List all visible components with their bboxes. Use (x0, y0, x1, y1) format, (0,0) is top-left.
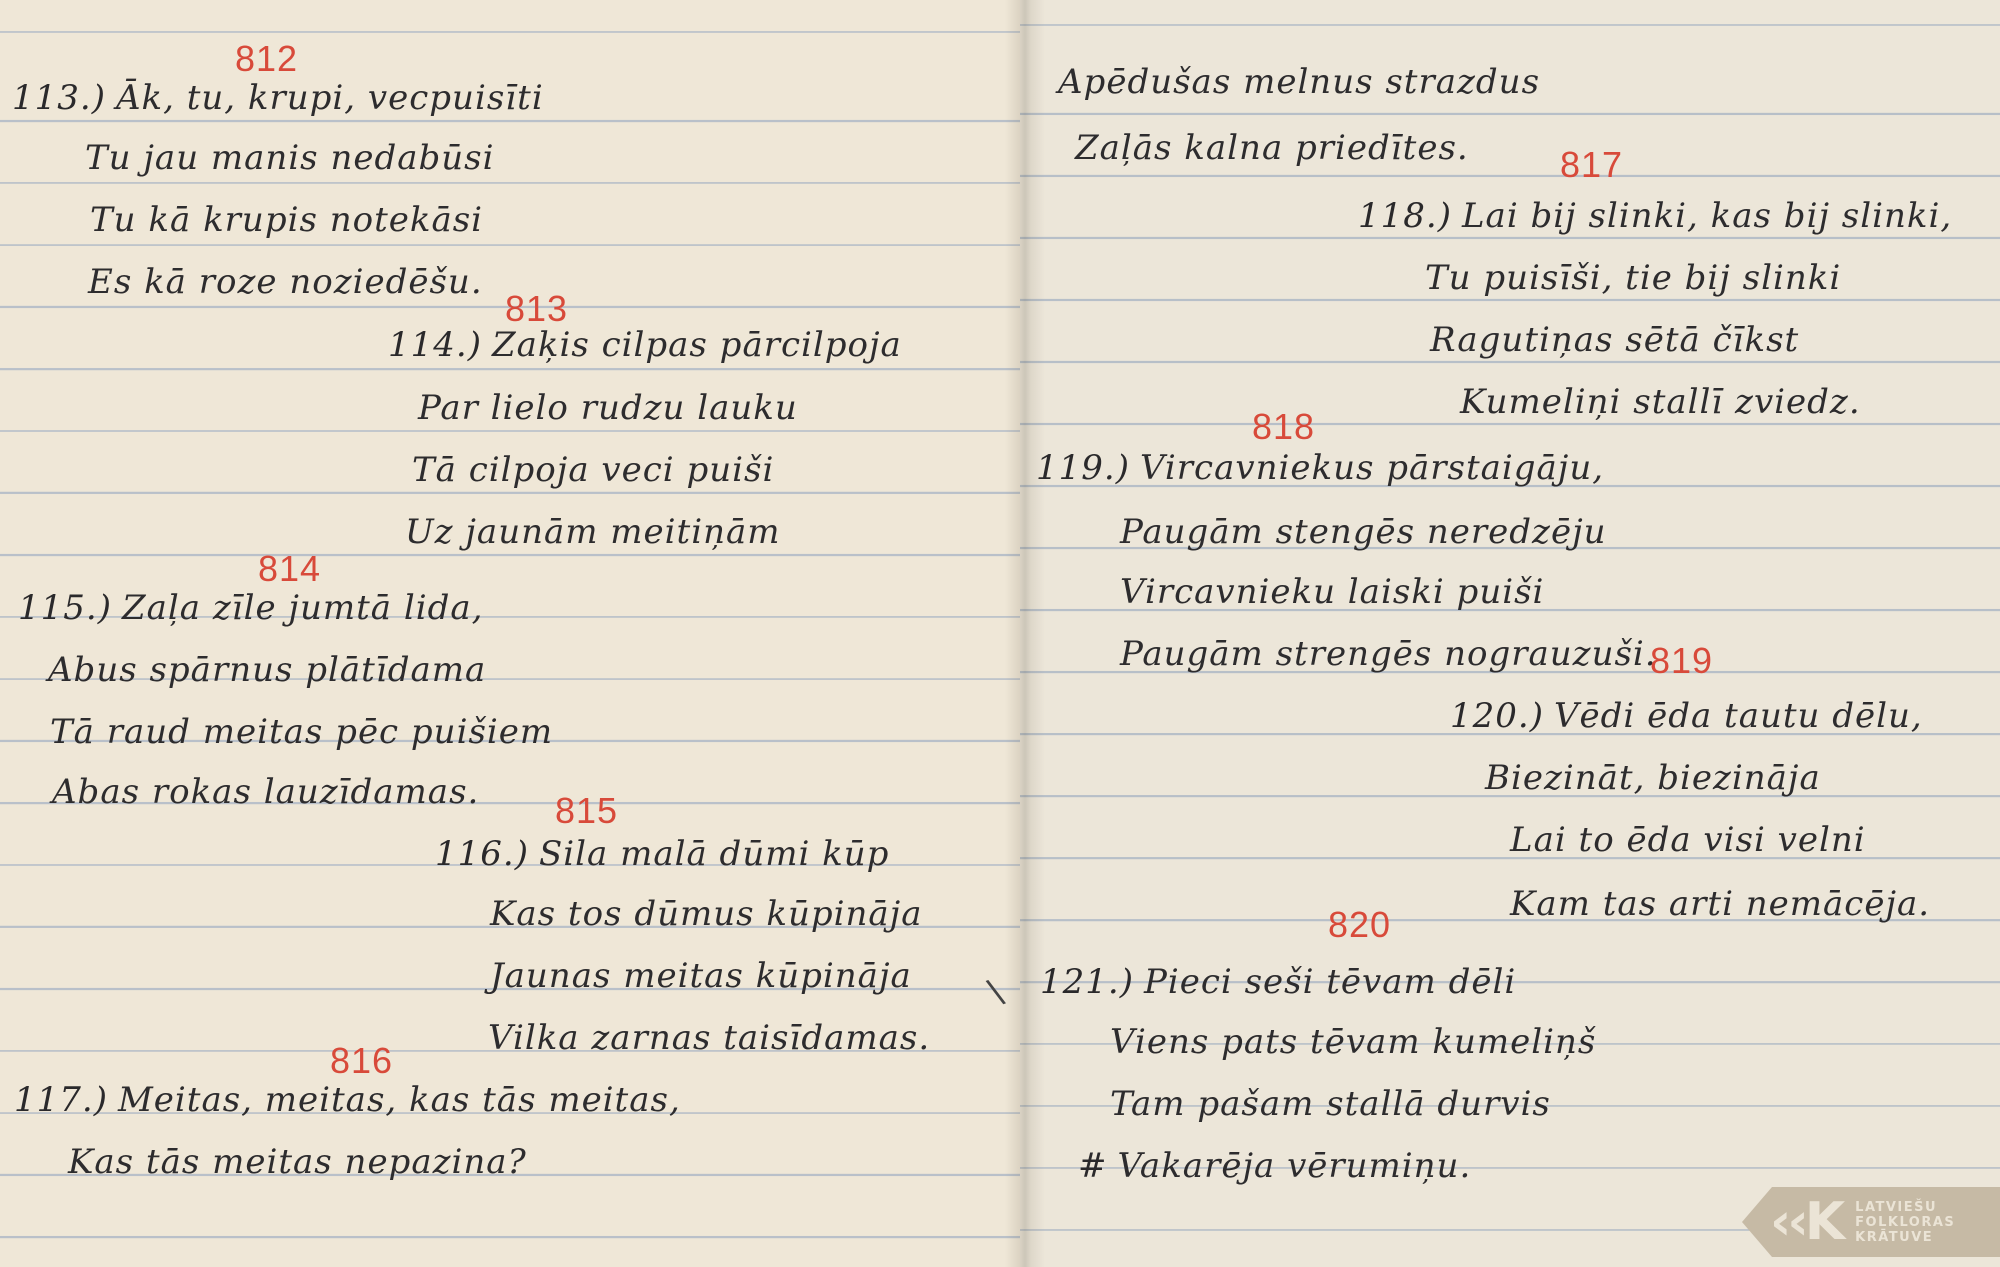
verse-line: Viens pats tēvam kumeliņš (1110, 1022, 1596, 1062)
verse-number: 116.) (435, 834, 529, 874)
verse-line: Par lielo rudzu lauku (418, 388, 798, 428)
continuation-line: Zaļās kalna priedītes. (1075, 128, 1469, 168)
verse-line: 115.)Zaļa zīle jumtā lida, (18, 588, 483, 628)
verse-line: 121.)Pieci seši tēvam dēli (1040, 962, 1516, 1002)
verse-line: 119.)Vircavniekus pārstaigāju, (1036, 448, 1604, 488)
catalog-number: 814 (258, 548, 321, 590)
verse-number: 120.) (1450, 696, 1544, 736)
verse-line: Paugām stengēs neredzēju (1120, 512, 1607, 552)
catalog-number: 820 (1328, 904, 1391, 946)
verse-number: 119.) (1036, 448, 1130, 488)
verse-number: 118.) (1358, 196, 1452, 236)
verse-line: Abus spārnus plātīdama (48, 650, 486, 690)
archive-logo: ‹‹K LATVIEŠU FOLKLORAS KRĀTUVE (1742, 1187, 2000, 1257)
verse-line: Tā cilpoja veci puiši (412, 450, 774, 490)
logo-text: LATVIEŠU FOLKLORAS KRĀTUVE (1855, 1200, 1955, 1245)
left-page: 812 113.)Āk, tu, krupi, vecpuisīti Tu ja… (0, 0, 1020, 1267)
catalog-number: 813 (505, 288, 568, 330)
verse-line: Paugām strengēs nograuzuši. (1120, 634, 1657, 674)
verse-line: 120.)Vēdi ēda tautu dēlu, (1450, 696, 1923, 736)
catalog-number: 819 (1650, 640, 1713, 682)
verse-line: Jaunas meitas kūpināja (490, 956, 912, 996)
verse-line: Tu jau manis nedabūsi (85, 138, 494, 178)
verse-number: 113.) (12, 78, 106, 118)
verse-line: #Vakarēja vērumiņu. (1078, 1146, 1471, 1186)
verse-line: Kas tos dūmus kūpināja (490, 894, 923, 934)
verse-line: Vilka zarnas taisīdamas. (488, 1018, 930, 1058)
verse-line: Ragutiņas sētā čīkst (1430, 320, 1799, 360)
right-page: Apēdušas melnus strazdus Zaļās kalna pri… (1020, 0, 2000, 1267)
verse-line: Tu puisīši, tie bij slinki (1425, 258, 1841, 298)
continuation-line: Apēdušas melnus strazdus (1058, 62, 1540, 102)
verse-line: Kumeliņi stallī zviedz. (1460, 382, 1861, 422)
verse-line: Kam tas arti nemācēja. (1510, 884, 1930, 924)
verse-line: 118.)Lai bij slinki, kas bij slinki, (1358, 196, 1952, 236)
verse-line: Kas tās meitas nepazina? (68, 1142, 527, 1182)
verse-line: Tam pašam stallā durvis (1110, 1084, 1551, 1124)
catalog-number: 812 (235, 38, 298, 80)
catalog-number: 817 (1560, 144, 1623, 186)
verse-number: 114.) (388, 325, 482, 365)
verse-number: 115.) (18, 588, 112, 628)
book-gutter (1005, 0, 1045, 1267)
verse-number: 117.) (14, 1080, 108, 1120)
verse-line: Uz jaunām meitiņām (405, 512, 780, 552)
insertion-mark: # (1078, 1146, 1108, 1186)
catalog-number: 815 (555, 790, 618, 832)
verse-line: Abas rokas lauzīdamas. (52, 772, 479, 812)
verse-line: 114.)Zaķis cilpas pārcilpoja (388, 325, 902, 365)
verse-number: 121.) (1040, 962, 1134, 1002)
verse-line: Vircavnieku laiski puiši (1120, 572, 1544, 612)
verse-line: Lai to ēda visi velni (1510, 820, 1866, 860)
verse-line: Tā raud meitas pēc puišiem (50, 712, 553, 752)
verse-line: 116.)Sila malā dūmi kūp (435, 834, 889, 874)
verse-line: Tu kā krupis notekāsi (90, 200, 483, 240)
catalog-number: 818 (1252, 406, 1315, 448)
catalog-number: 816 (330, 1040, 393, 1082)
lfk-logo-icon: ‹‹K (1770, 1187, 1841, 1257)
verse-line: Biezināt, biezināja (1485, 758, 1821, 798)
verse-line: Es kā roze noziedēšu. (88, 262, 483, 302)
verse-line: 113.)Āk, tu, krupi, vecpuisīti (12, 78, 544, 118)
verse-line: 117.)Meitas, meitas, kas tās meitas, (14, 1080, 681, 1120)
